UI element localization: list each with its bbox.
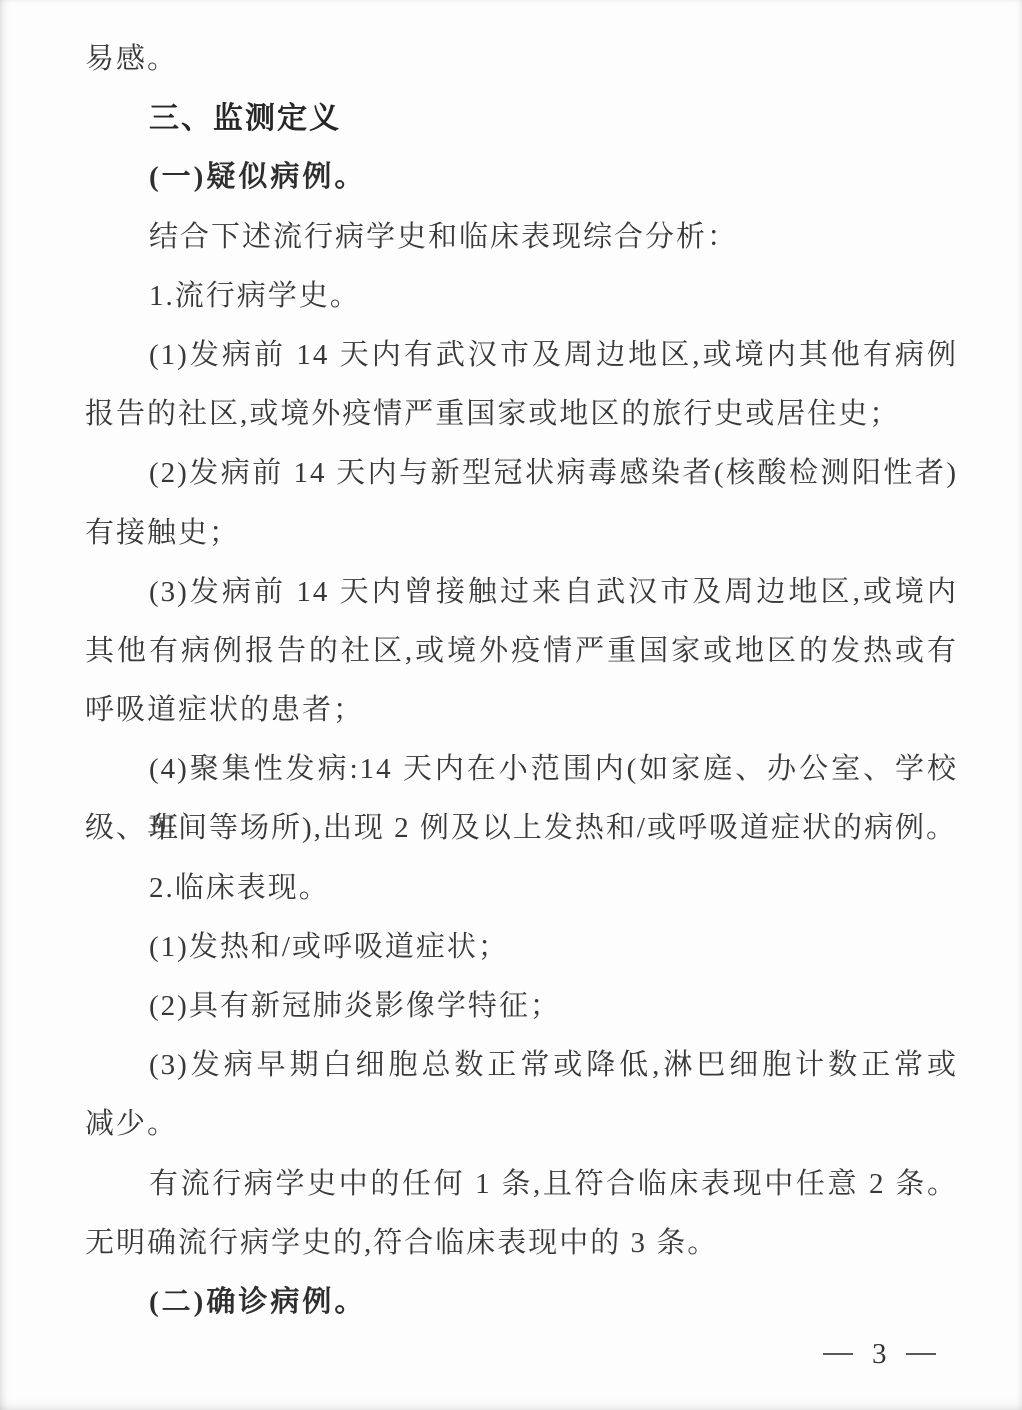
body-line: 有流行病学史中的任何 1 条,且符合临床表现中任意 2 条。 xyxy=(85,1155,958,1214)
body-line: (3)发病前 14 天内曾接触过来自武汉市及周边地区,或境内 xyxy=(85,563,958,622)
body-line: (4)聚集性发病:14 天内在小范围内(如家庭、办公室、学校班 xyxy=(85,740,958,799)
body-line: 有接触史； xyxy=(85,504,958,563)
page-footer: 3 xyxy=(823,1336,936,1372)
body-line: 无明确流行病学史的,符合临床表现中的 3 条。 xyxy=(85,1214,958,1273)
section-heading: 三、监测定义 xyxy=(85,89,958,148)
body-line: (3)发病早期白细胞总数正常或降低,淋巴细胞计数正常或 xyxy=(85,1036,958,1095)
body-line: 结合下述流行病学史和临床表现综合分析： xyxy=(85,208,958,267)
page-number-dash xyxy=(906,1353,936,1355)
body-line: 易感。 xyxy=(85,30,958,89)
body-line: 呼吸道症状的患者； xyxy=(85,681,958,740)
body-line: 其他有病例报告的社区,或境外疫情严重国家或地区的发热或有 xyxy=(85,622,958,681)
body-line: 级、车间等场所),出现 2 例及以上发热和/或呼吸道症状的病例。 xyxy=(85,799,958,858)
sub-section-heading: (二)确诊病例。 xyxy=(85,1273,958,1332)
page-number: 3 xyxy=(872,1336,887,1372)
body-line: (2)具有新冠肺炎影像学特征； xyxy=(85,977,958,1036)
sub-section-heading: (一)疑似病例。 xyxy=(85,148,958,207)
document-page: 易感。 三、监测定义 (一)疑似病例。 结合下述流行病学史和临床表现综合分析： … xyxy=(0,0,1022,1410)
body-line: (1)发病前 14 天内有武汉市及周边地区,或境内其他有病例 xyxy=(85,326,958,385)
body-line: (1)发热和/或呼吸道症状； xyxy=(85,918,958,977)
body-line: 减少。 xyxy=(85,1095,958,1154)
body-line: 2.临床表现。 xyxy=(85,859,958,918)
body-line: 报告的社区,或境外疫情严重国家或地区的旅行史或居住史； xyxy=(85,385,958,444)
document-text-block: 易感。 三、监测定义 (一)疑似病例。 结合下述流行病学史和临床表现综合分析： … xyxy=(85,30,958,1332)
body-line: (2)发病前 14 天内与新型冠状病毒感染者(核酸检测阳性者) xyxy=(85,444,958,503)
page-number-dash xyxy=(823,1353,853,1355)
body-line: 1.流行病学史。 xyxy=(85,267,958,326)
